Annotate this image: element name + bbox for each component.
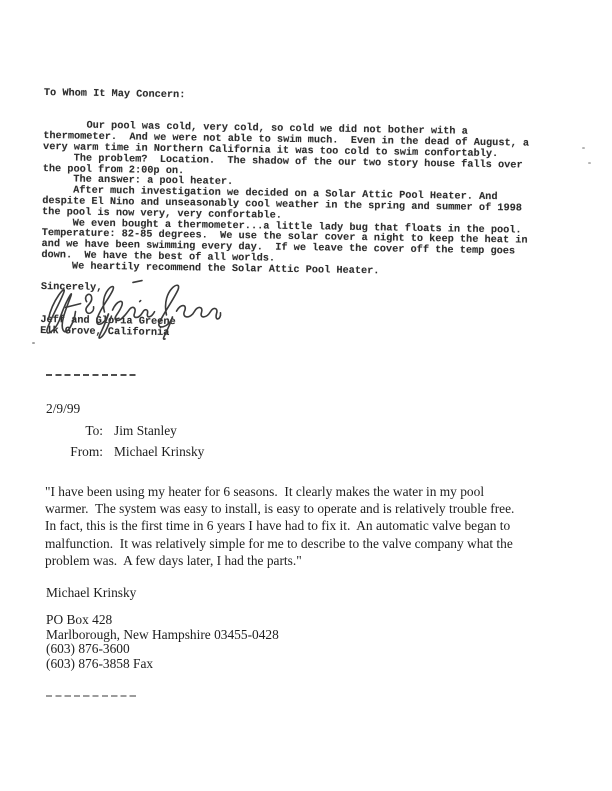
testimonial-quote: "I have been using my heater for 6 seaso… [45,483,605,569]
memo-to-value: Jim Stanley [114,423,177,438]
memo-to-row: To:Jim Stanley [46,420,204,441]
memo-letter: 2/9/99 To:Jim Stanley From:Michael Krins… [0,0,612,791]
memo-header: To:Jim Stanley From:Michael Krinsky [46,420,204,462]
scan-artifact-dot [32,342,35,344]
signer-name: Michael Krinsky [46,584,136,601]
scanned-document-page: { "colors": { "page_background": "#fffff… [0,0,612,791]
scan-artifact-dot [588,162,591,164]
memo-from-value: Michael Krinsky [114,444,204,459]
scan-artifact-dot [582,147,585,149]
memo-from-label: From: [46,441,103,462]
memo-from-row: From:Michael Krinsky [46,441,204,462]
signer-address: PO Box 428 Marlborough, New Hampshire 03… [46,613,279,671]
memo-date: 2/9/99 [46,400,80,417]
memo-to-label: To: [46,420,103,441]
